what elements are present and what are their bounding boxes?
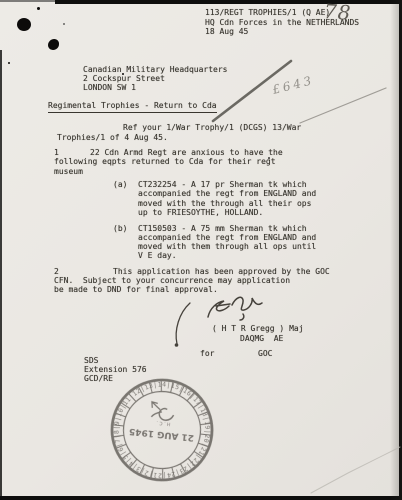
addressee-line: 2 Cockspur Street [83, 74, 165, 83]
scratch-line [311, 447, 400, 493]
signatory-name: ( H T R Gregg ) Maj [212, 324, 304, 333]
para2-number: 2 [54, 267, 59, 276]
letter-date: 18 Aug 45 [205, 27, 248, 36]
paper-speck [8, 62, 10, 64]
signature-office: GOC [258, 349, 272, 358]
para1-line: museum [54, 167, 83, 176]
item-a-label: (a) [113, 180, 127, 189]
signatory-appointment: DAQMG AE [240, 334, 283, 343]
receipt-date-stamp: 1|2|3|4|5|6|7|8|9|10|11|12|13|14|15|16|1… [103, 371, 222, 490]
para1-line: following eqpts returned to Cda for thei… [54, 157, 276, 166]
scan-edge-left [0, 50, 2, 500]
reference-line: Ref your 1/War Trophy/1 (DCGS) 13/War [123, 123, 301, 132]
paper-speck [37, 7, 40, 10]
item-b-line: V E day. [138, 251, 177, 260]
paper-speck [48, 39, 59, 50]
para1-number: 1 [54, 148, 59, 157]
item-a-line: up to FRIESOYTHE, HOLLAND. [138, 208, 263, 217]
reference-line: Trophies/1 of 4 Aug 45. [57, 133, 168, 142]
para1-line: 22 Cdn Armd Regt are anxious to have the [90, 148, 283, 157]
item-a-line: moved with the through all their ops [138, 199, 311, 208]
scanned-letter-page: 113/REGT TROPHIES/1 (Q AE) HQ Cdn Forces… [0, 0, 402, 500]
signature-for-word: for [200, 349, 214, 358]
para2-line: be made to DND for final approval. [54, 285, 218, 294]
item-a-line: CT232254 - A 17 pr Sherman tk which [138, 180, 307, 189]
check-slash-pencil [300, 88, 386, 123]
scan-edge-bottom [0, 496, 402, 500]
item-b-line: accompanied the regt from ENGLAND and [138, 233, 316, 242]
item-b-line: CT150503 - A 75 mm Sherman tk which [138, 224, 307, 233]
subject-text: Regimental Trophies - Return to Cda [48, 101, 217, 113]
item-b-label: (b) [113, 224, 127, 233]
footer-line: GCD/RE [84, 374, 113, 383]
addressee-line: Canadian Military Headquarters [83, 65, 228, 74]
para2-line: This application has been approved by th… [113, 267, 330, 276]
handwritten-page-number: 78 [323, 0, 352, 25]
file-reference: 113/REGT TROPHIES/1 (Q AE) [205, 8, 330, 17]
footer-line: SDS [84, 356, 98, 365]
signature-ink-dot [175, 343, 179, 347]
paper-speck [17, 18, 31, 31]
subject-line: Regimental Trophies - Return to Cda [48, 101, 217, 110]
addressee-line: LONDON SW 1 [83, 83, 136, 92]
item-b-line: moved with them through all ops until [138, 242, 316, 251]
paper-speck [63, 23, 65, 25]
scan-shadow-right [390, 0, 402, 500]
handwritten-pencil-note: £643 [271, 73, 316, 97]
item-a-line: accompanied the regt from ENGLAND and [138, 189, 316, 198]
stamp-date: 21 AUG 1945 [129, 426, 195, 443]
stamp-arrow [151, 402, 161, 410]
para2-line: CFN. Subject to your concurrence may app… [54, 276, 290, 285]
